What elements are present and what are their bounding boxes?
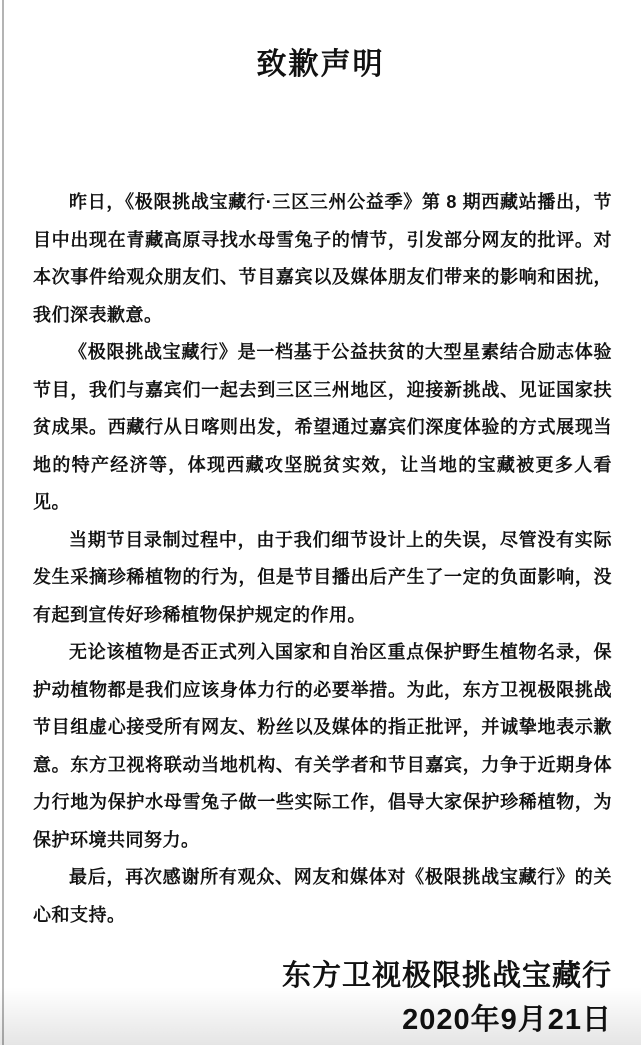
- paragraph-mistake-explanation: 当期节目录制过程中，由于我们细节设计上的失误，尽管没有实际发生采摘珍稀植物的行为…: [33, 522, 612, 635]
- signature-organization: 东方卫视极限挑战宝藏行: [282, 958, 612, 995]
- apology-statement-page: 致歉声明 昨日，《极限挑战宝藏行·三区三州公益季》第 8 期西藏站播出，节目中出…: [0, 0, 641, 1045]
- paragraph-intro: 昨日，《极限挑战宝藏行·三区三州公益季》第 8 期西藏站播出，节目中出现在青藏高…: [33, 184, 612, 334]
- document-title: 致歉声明: [0, 0, 641, 82]
- left-edge-scan-line: [2, 0, 4, 1045]
- paragraph-thanks: 最后，再次感谢所有观众、网友和媒体对《极限挑战宝藏行》的关心和支持。: [33, 859, 612, 934]
- paragraph-apology-and-actions: 无论该植物是否正式列入国家和自治区重点保护野生植物名录，保护动植物都是我们应该身…: [33, 634, 612, 859]
- document-body: 昨日，《极限挑战宝藏行·三区三州公益季》第 8 期西藏站播出，节目中出现在青藏高…: [33, 184, 612, 934]
- signature-block: 东方卫视极限挑战宝藏行 2020年9月21日: [282, 958, 612, 1039]
- signature-date: 2020年9月21日: [282, 1002, 612, 1039]
- paragraph-program-description: 《极限挑战宝藏行》是一档基于公益扶贫的大型星素结合励志体验节目，我们与嘉宾们一起…: [33, 334, 612, 522]
